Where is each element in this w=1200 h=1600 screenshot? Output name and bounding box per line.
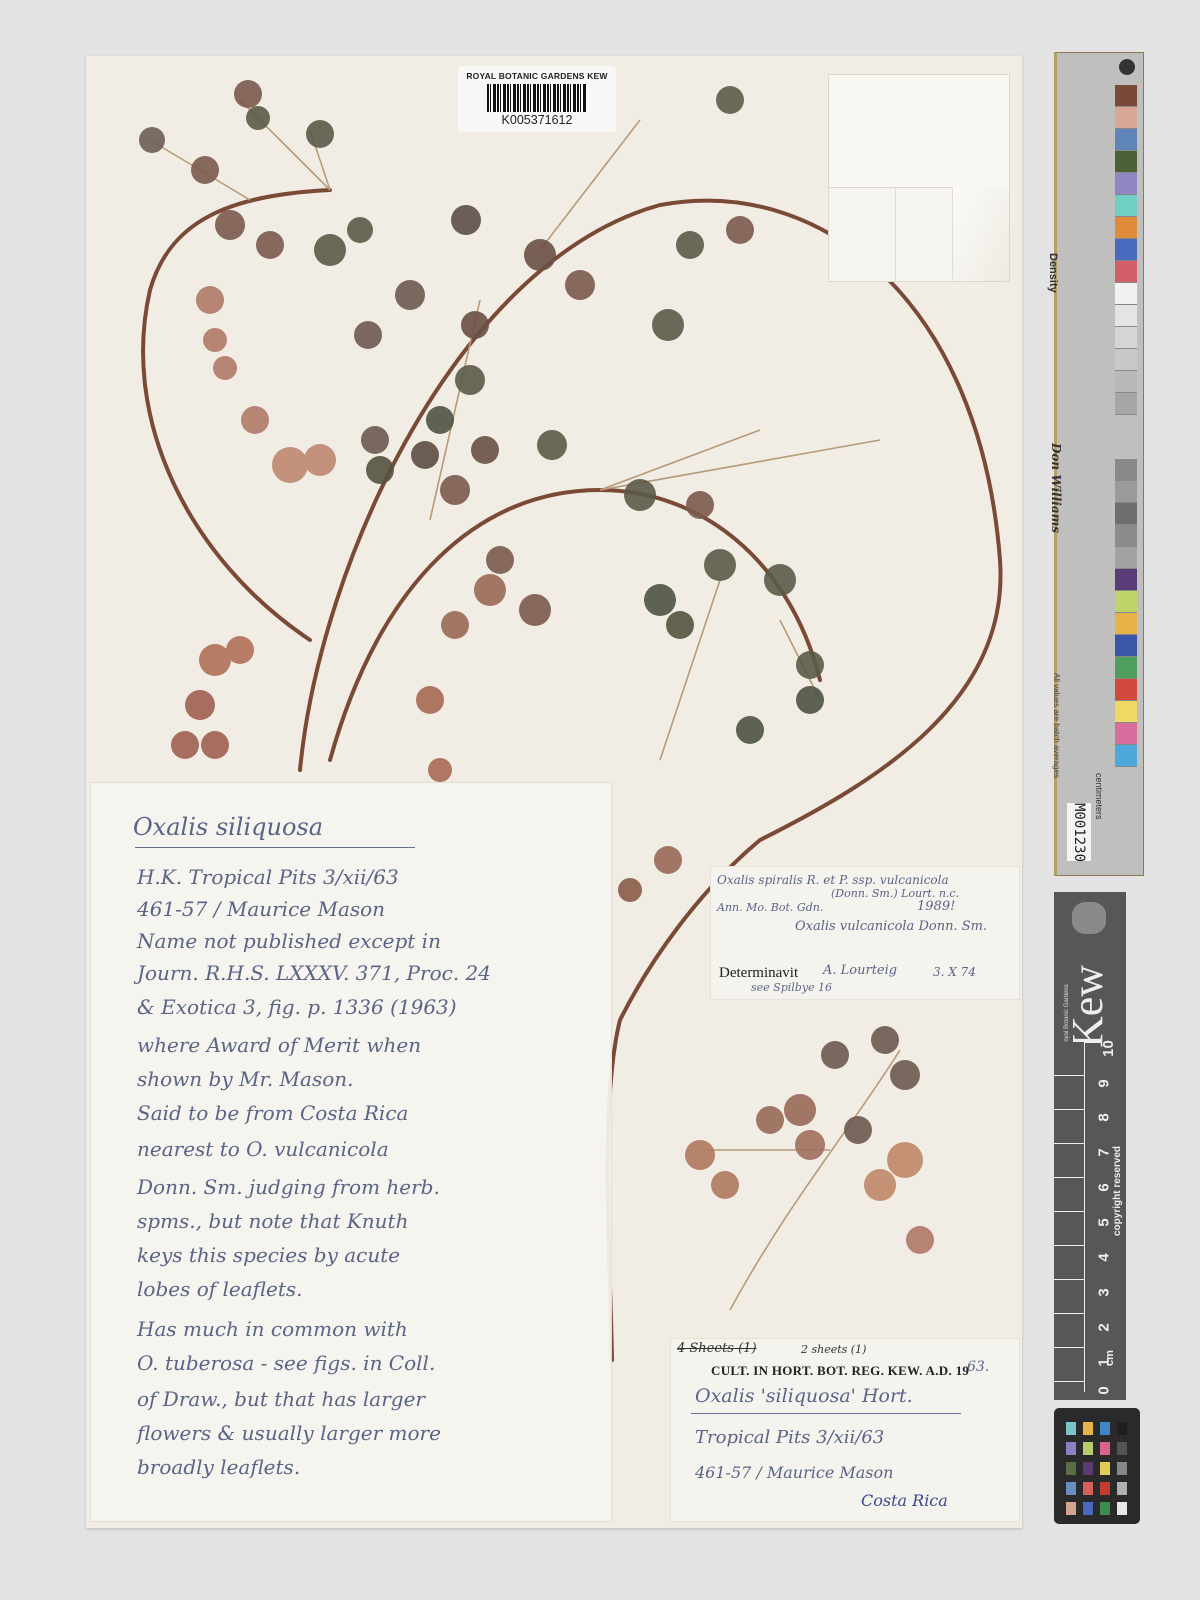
ruler-code: M001230 bbox=[1067, 803, 1091, 861]
color-chip bbox=[1100, 1482, 1110, 1495]
packet-fold bbox=[953, 187, 1009, 281]
swatch bbox=[1115, 261, 1137, 283]
color-chip bbox=[1066, 1502, 1076, 1515]
tick-label: 9 bbox=[1096, 1079, 1113, 1087]
det-note: see Spilbye 16 bbox=[751, 981, 832, 994]
determination-date: 3. X 74 bbox=[933, 965, 976, 979]
packet-flap[interactable] bbox=[829, 75, 1009, 188]
density-label: Density bbox=[1047, 253, 1059, 293]
brand-label: Don Williams bbox=[1049, 443, 1063, 533]
swatch bbox=[1115, 217, 1137, 239]
note-line: & Exotica 3, fig. p. 1336 (1963) bbox=[137, 995, 457, 1019]
note-line: 461-57 / Maurice Mason bbox=[137, 897, 385, 921]
coat-of-arms-icon bbox=[1072, 902, 1106, 934]
cult-location: Tropical Pits 3/xii/63 bbox=[695, 1427, 884, 1448]
swatch bbox=[1115, 525, 1137, 547]
note-line: lobes of leaflets. bbox=[137, 1277, 303, 1301]
color-chip bbox=[1100, 1422, 1110, 1435]
note-line: Donn. Sm. judging from herb. bbox=[137, 1175, 440, 1199]
color-chip bbox=[1117, 1422, 1127, 1435]
tick-label: 0 bbox=[1096, 1386, 1113, 1394]
note-line: of Draw., but that has larger bbox=[137, 1387, 425, 1411]
tick-label: 2 bbox=[1096, 1323, 1113, 1331]
notes-title: Oxalis siliquosa bbox=[133, 813, 323, 841]
swatch bbox=[1115, 151, 1137, 173]
packet-pocket bbox=[895, 187, 953, 281]
swatch bbox=[1115, 349, 1137, 371]
cult-accession: 461-57 / Maurice Mason bbox=[695, 1463, 893, 1482]
cultivation-label: 4 Sheets (1) 2 sheets (1) CULT. IN HORT.… bbox=[670, 1338, 1020, 1522]
swatch bbox=[1115, 503, 1137, 525]
note-line: broadly leaflets. bbox=[137, 1455, 300, 1479]
note-line: keys this species by acute bbox=[137, 1243, 400, 1267]
color-chip bbox=[1066, 1462, 1076, 1475]
tick-label: 6 bbox=[1096, 1183, 1113, 1191]
color-chip bbox=[1083, 1422, 1093, 1435]
cult-name: Oxalis 'siliquosa' Hort. bbox=[695, 1385, 913, 1407]
swatch bbox=[1115, 283, 1137, 305]
color-calibration-card bbox=[1054, 1408, 1140, 1524]
color-chip bbox=[1083, 1462, 1093, 1475]
swatch bbox=[1115, 327, 1137, 349]
color-chip bbox=[1117, 1462, 1127, 1475]
swatch bbox=[1115, 239, 1137, 261]
note-line: Has much in common with bbox=[137, 1317, 408, 1341]
copyright-text: copyright reserved bbox=[1112, 1146, 1123, 1236]
swatch bbox=[1115, 723, 1137, 745]
note-line: nearest to O. vulcanicola bbox=[137, 1137, 389, 1161]
note-line: Said to be from Costa Rica bbox=[137, 1101, 408, 1125]
kew-subtext: Royal Botanic Gardens bbox=[1064, 984, 1070, 1046]
barcode-icon bbox=[487, 84, 587, 112]
swatch bbox=[1115, 107, 1137, 129]
tick-label: 3 bbox=[1096, 1288, 1113, 1296]
packet-pocket bbox=[829, 187, 896, 281]
swatch bbox=[1115, 569, 1137, 591]
sheets-count: 2 sheets (1) bbox=[801, 1343, 866, 1356]
color-chip bbox=[1100, 1502, 1110, 1515]
color-density-ruler: inches Density Don Williams All values a… bbox=[1054, 52, 1144, 876]
swatch bbox=[1115, 547, 1137, 569]
color-chip bbox=[1100, 1462, 1110, 1475]
hole-icon bbox=[1119, 59, 1135, 75]
cm-label: cm bbox=[1104, 1350, 1116, 1366]
determinavit-text: Determinavit bbox=[719, 965, 798, 982]
color-chip bbox=[1117, 1482, 1127, 1495]
swatch bbox=[1115, 393, 1137, 415]
note-line: H.K. Tropical Pits 3/xii/63 bbox=[137, 865, 399, 889]
scale-bars bbox=[1054, 1042, 1085, 1392]
swatch bbox=[1115, 745, 1137, 767]
note-line: flowers & usually larger more bbox=[137, 1421, 441, 1445]
handwritten-notes-sheet: Oxalis siliquosa H.K. Tropical Pits 3/xi… bbox=[90, 782, 612, 1522]
name-underline bbox=[691, 1413, 961, 1414]
tick-label: 4 bbox=[1096, 1253, 1113, 1261]
color-chip bbox=[1066, 1442, 1076, 1455]
batch-note: All values are batch averages bbox=[1052, 673, 1061, 778]
barcode-label: ROYAL BOTANIC GARDENS KEW K005371612 bbox=[458, 66, 616, 132]
tick-label: 5 bbox=[1096, 1218, 1113, 1226]
color-chip bbox=[1083, 1482, 1093, 1495]
color-chip bbox=[1117, 1502, 1127, 1515]
color-chip bbox=[1066, 1422, 1076, 1435]
note-line: shown by Mr. Mason. bbox=[137, 1067, 354, 1091]
swatch bbox=[1115, 701, 1137, 723]
color-swatches bbox=[1115, 85, 1137, 767]
det-line: Ann. Mo. Bot. Gdn. bbox=[717, 901, 823, 914]
cult-year: 63. bbox=[967, 1359, 989, 1375]
swatch bbox=[1115, 679, 1137, 701]
swatch bbox=[1115, 591, 1137, 613]
swatch bbox=[1115, 305, 1137, 327]
det-year: 1989! bbox=[917, 899, 955, 914]
swatch bbox=[1115, 129, 1137, 151]
note-line: O. tuberosa - see figs. in Coll. bbox=[137, 1351, 435, 1375]
fragment-packet[interactable] bbox=[828, 74, 1010, 282]
color-chip bbox=[1117, 1442, 1127, 1455]
note-line: Journ. R.H.S. LXXXV. 371, Proc. 24 bbox=[137, 961, 491, 985]
swatch bbox=[1115, 459, 1137, 481]
title-underline bbox=[135, 847, 415, 848]
color-chip bbox=[1083, 1502, 1093, 1515]
barcode-number: K005371612 bbox=[458, 113, 616, 127]
kew-scale-ruler: Kew Royal Botanic Gardens copyright rese… bbox=[1054, 892, 1126, 1400]
institution-name: ROYAL BOTANIC GARDENS KEW bbox=[458, 71, 616, 81]
swatch bbox=[1115, 613, 1137, 635]
color-chip bbox=[1066, 1482, 1076, 1495]
tick-label: 8 bbox=[1096, 1113, 1113, 1121]
centimeters-label: centimeters bbox=[1094, 773, 1104, 820]
swatch bbox=[1115, 657, 1137, 679]
swatch bbox=[1115, 481, 1137, 503]
swatch bbox=[1115, 195, 1137, 217]
swatch bbox=[1115, 173, 1137, 195]
swatch bbox=[1115, 635, 1137, 657]
tick-label: 10 bbox=[1100, 1040, 1117, 1057]
color-chip bbox=[1083, 1442, 1093, 1455]
cult-printed: CULT. IN HORT. BOT. REG. KEW. A.D. 19 bbox=[711, 1363, 969, 1379]
sheets-struck: 4 Sheets (1) bbox=[677, 1341, 757, 1356]
det-line: Oxalis vulcanicola Donn. Sm. bbox=[795, 919, 987, 934]
det-line: Oxalis spiralis R. et P. ssp. vulcanicol… bbox=[717, 873, 949, 887]
tick-label: 7 bbox=[1096, 1148, 1113, 1156]
determination-label: Oxalis spiralis R. et P. ssp. vulcanicol… bbox=[710, 866, 1020, 1000]
cult-origin: Costa Rica bbox=[861, 1491, 948, 1510]
note-line: spms., but note that Knuth bbox=[137, 1209, 408, 1233]
swatch bbox=[1115, 85, 1137, 107]
note-line: where Award of Merit when bbox=[137, 1033, 421, 1057]
note-line: Name not published except in bbox=[137, 929, 441, 953]
determiner-name: A. Lourteig bbox=[823, 963, 897, 978]
swatch bbox=[1115, 371, 1137, 393]
color-chip bbox=[1100, 1442, 1110, 1455]
